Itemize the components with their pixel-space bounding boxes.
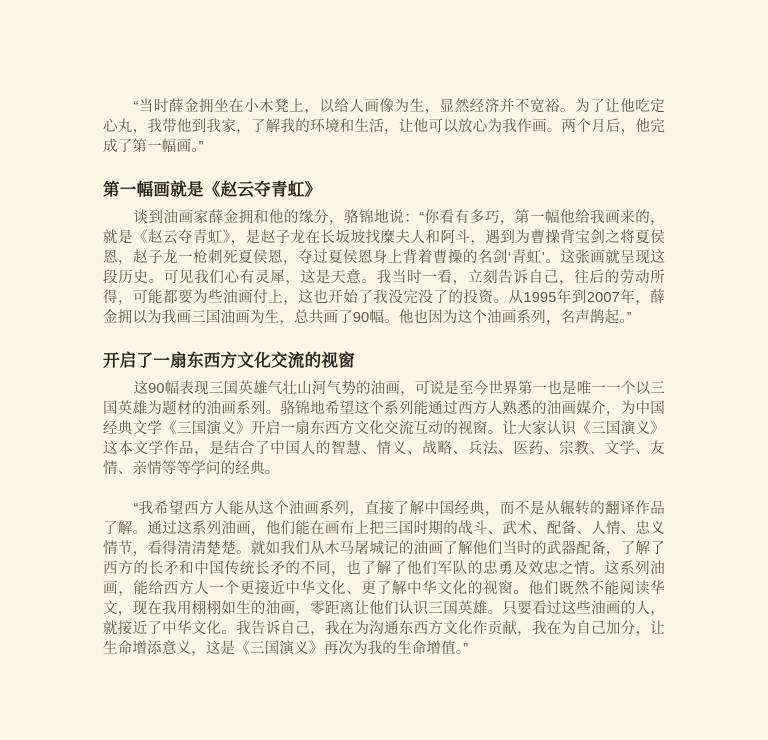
section1-paragraph: 谈到油画家薛金拥和他的缘分，骆锦地说：“你看有多巧，第一幅他给我画来的，就是《赵… (103, 208, 665, 328)
article-content-column: “当时薛金拥坐在小木凳上，以给人画像为生，显然经济并不宽裕。为了让他吃定心丸，我… (103, 0, 665, 659)
section-heading-first-painting: 第一幅画就是《赵云夺青虹》 (103, 180, 665, 201)
section2-paragraph-1: 这90幅表现三国英雄气壮山河气势的油画，可说是至今世界第一也是唯一一个以三国英雄… (103, 379, 665, 479)
article-page: “当时薛金拥坐在小木凳上，以给人画像为生，显然经济并不宽裕。为了让他吃定心丸，我… (0, 0, 768, 740)
section2-paragraph-2: “我希望西方人能从这个油画系列，直接了解中国经典，而不是从辗转的翻译作品了解。通… (103, 499, 665, 659)
section-heading-culture-window: 开启了一扇东西方文化交流的视窗 (103, 351, 665, 372)
intro-paragraph: “当时薛金拥坐在小木凳上，以给人画像为生，显然经济并不宽裕。为了让他吃定心丸，我… (103, 97, 665, 157)
